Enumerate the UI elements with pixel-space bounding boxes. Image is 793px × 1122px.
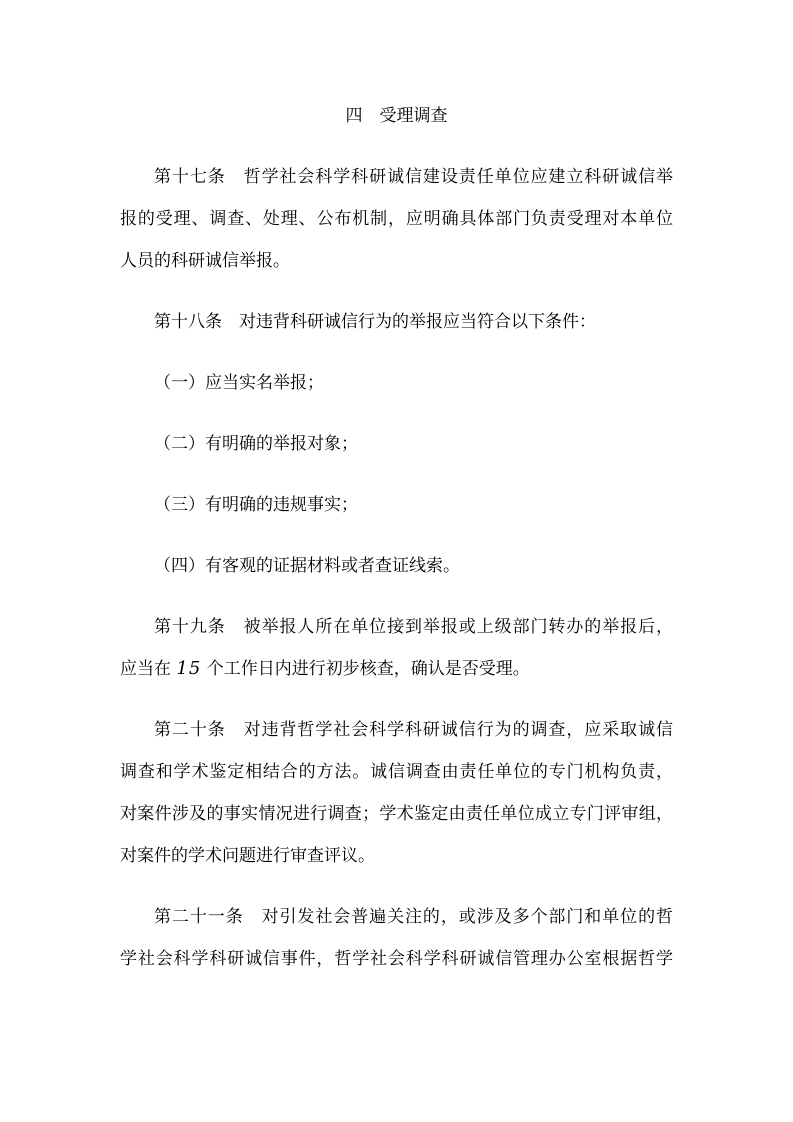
paragraph-article-18: 第十八条 对违背科研诚信行为的举报应当符合以下条件： [120, 301, 673, 343]
text-line: 第十八条 对违背科研诚信行为的举报应当符合以下条件： [120, 301, 673, 343]
list-item-2: （二）有明确的举报对象； [120, 423, 673, 465]
text-line: （二）有明确的举报对象； [120, 423, 673, 465]
list-item-4: （四）有客观的证据材料或者查证线索。 [120, 545, 673, 587]
section-heading: 四 受理调查 [120, 95, 673, 137]
text-line: 第十九条 被举报人所在单位接到举报或上级部门转办的举报后， [120, 606, 673, 648]
paragraph-article-17: 第十七条 哲学社会科学科研诚信建设责任单位应建立科研诚信举 报的受理、调查、处理… [120, 156, 673, 282]
text-segment: 个工作日内进行初步核查，确认是否受理。 [201, 659, 529, 679]
text-line: 报的受理、调查、处理、公布机制，应明确具体部门负责受理对本单位 [120, 198, 673, 240]
text-line: （三）有明确的违规事实； [120, 484, 673, 526]
text-line: 对案件的学术问题进行审查评议。 [120, 835, 673, 877]
text-line: 人员的科研诚信举报。 [120, 240, 673, 282]
paragraph-article-19: 第十九条 被举报人所在单位接到举报或上级部门转办的举报后， 应当在 15 个工作… [120, 606, 673, 690]
document-page: 四 受理调查 第十七条 哲学社会科学科研诚信建设责任单位应建立科研诚信举 报的受… [0, 0, 793, 1122]
list-item-1: （一）应当实名举报； [120, 362, 673, 404]
text-line: （四）有客观的证据材料或者查证线索。 [120, 545, 673, 587]
text-line: 学社会科学科研诚信事件，哲学社会科学科研诚信管理办公室根据哲学 [120, 938, 673, 980]
paragraph-article-21: 第二十一条 对引发社会普遍关注的，或涉及多个部门和单位的哲 学社会科学科研诚信事… [120, 896, 673, 980]
paragraph-article-20: 第二十条 对违背哲学社会科学科研诚信行为的调查，应采取诚信 调查和学术鉴定相结合… [120, 709, 673, 877]
workdays-number: 15 [176, 658, 201, 679]
text-line: （一）应当实名举报； [120, 362, 673, 404]
text-line: 第二十条 对违背哲学社会科学科研诚信行为的调查，应采取诚信 [120, 709, 673, 751]
text-line: 对案件涉及的事实情况进行调查；学术鉴定由责任单位成立专门评审组， [120, 793, 673, 835]
text-line: 调查和学术鉴定相结合的方法。诚信调查由责任单位的专门机构负责， [120, 751, 673, 793]
text-line: 第二十一条 对引发社会普遍关注的，或涉及多个部门和单位的哲 [120, 896, 673, 938]
list-item-3: （三）有明确的违规事实； [120, 484, 673, 526]
text-line: 应当在 15 个工作日内进行初步核查，确认是否受理。 [120, 648, 673, 690]
text-segment: 应当在 [120, 659, 176, 679]
text-line: 第十七条 哲学社会科学科研诚信建设责任单位应建立科研诚信举 [120, 156, 673, 198]
